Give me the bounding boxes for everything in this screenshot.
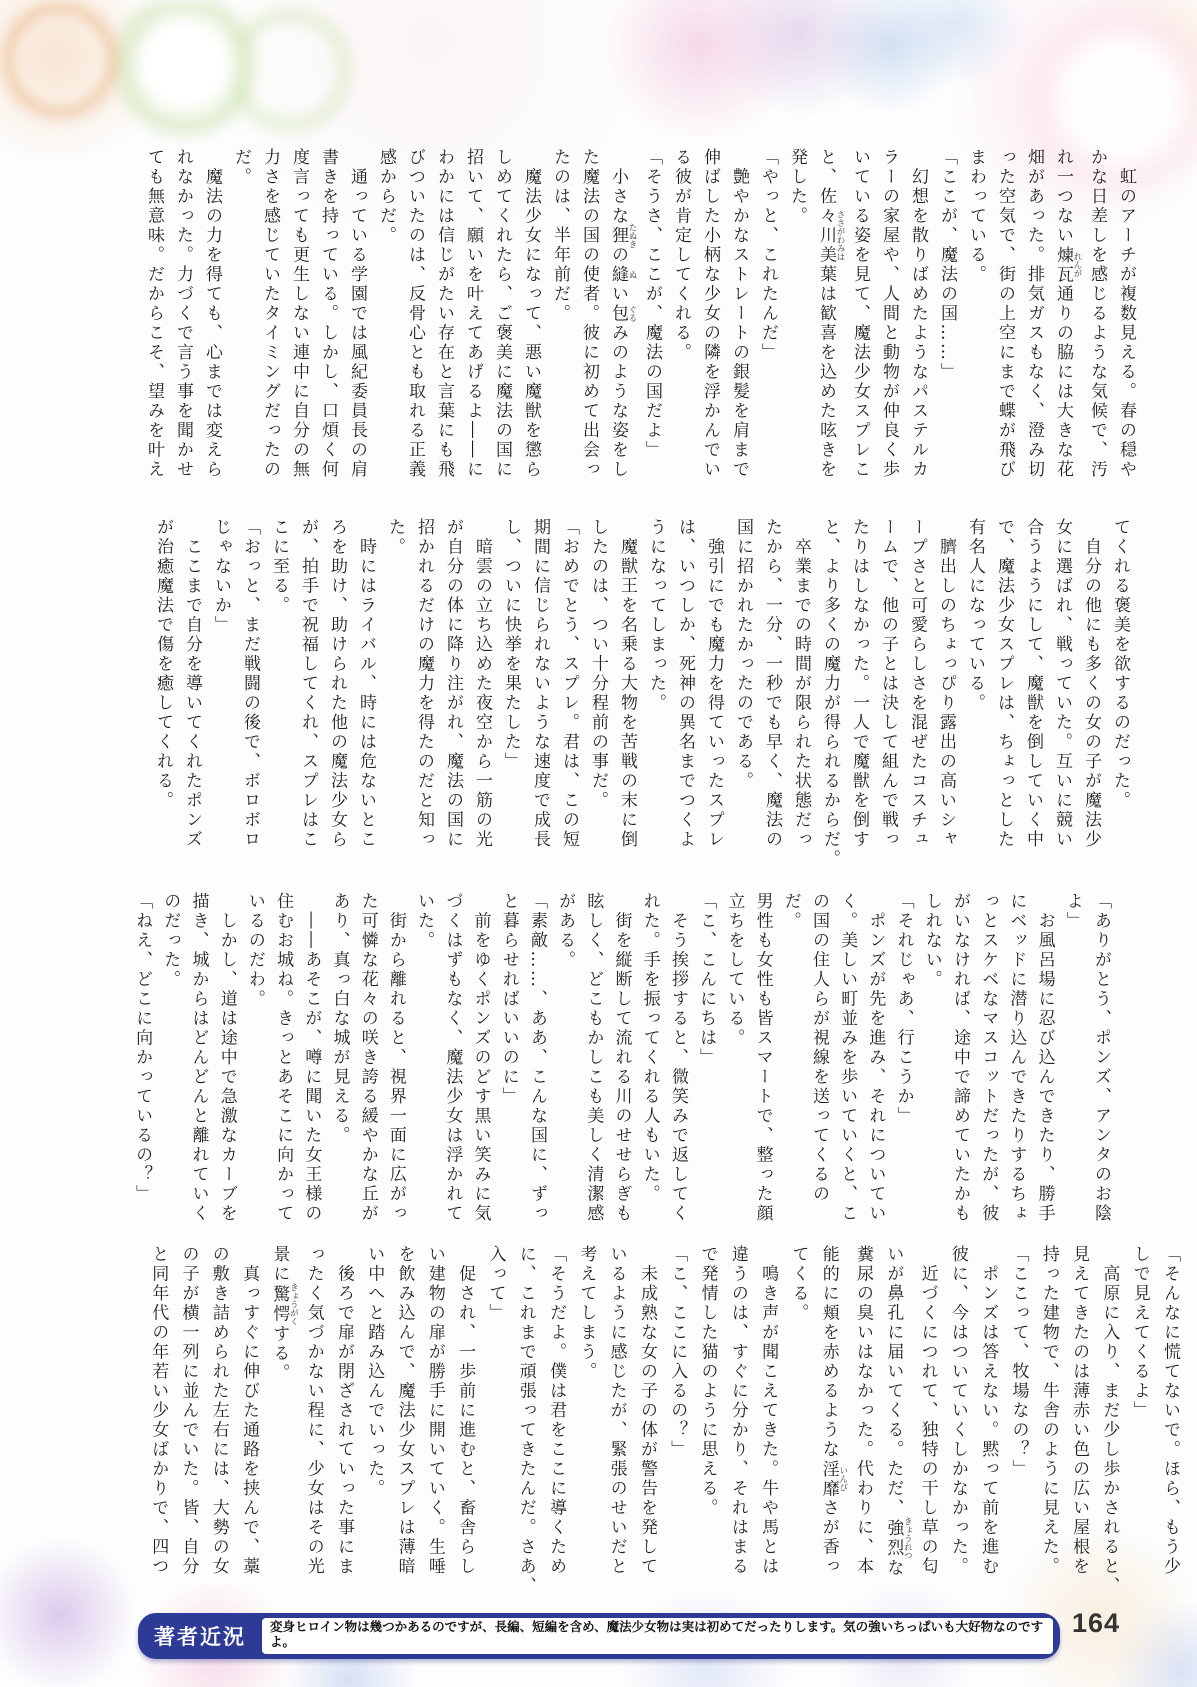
text-column: 「やっと、これたんだ」 [753, 148, 782, 500]
text-column: 招いて、願いを叶えてあげるよ――に [458, 148, 487, 500]
text-band-1: 虹のアーチが複数見える。春の穏やかな日差しを感じるような気候で、汚れ一つない煉瓦… [155, 148, 1140, 500]
text-column: 街を縦断して流れる川のせせらぎも [607, 892, 635, 1228]
text-column: たのは、半年前だ。 [545, 148, 574, 500]
text-column: ームで、他の子とは決して組んで戦っ [873, 518, 902, 870]
text-column: 街から離れると、視界一面に広がっ [382, 892, 410, 1228]
text-column: しれない。 [918, 892, 946, 1228]
text-column: 小さな狸たぬきの縫ぬい包ぐるみのような姿をし [603, 148, 637, 500]
text-column: 発した。 [782, 148, 811, 500]
text-column: 近づくにつれて、独特の干し草の匂 [912, 1245, 942, 1597]
text-band-3: 「ありがとう、ポンズ、アンタのお陰よ」 お風呂場に忍び込んできたり、勝手にベッド… [155, 892, 1115, 1228]
text-column: ――あそこが、噂に聞いた女王様の [297, 892, 325, 1228]
text-column: 通っている学園では風紀委員長の肩 [342, 148, 371, 500]
text-column: 「ありがとう、ポンズ、アンタのお陰 [1087, 892, 1115, 1228]
text-column: 前をゆくポンズのどす黒い笑みに気 [466, 892, 494, 1228]
text-column: 女に選ばれ、戦っていた。互いに競い [1047, 518, 1076, 870]
text-column: 住むお城ね。きっとあそこに向かって [269, 892, 297, 1228]
text-column: 入って」 [480, 1245, 510, 1597]
text-column: お風呂場に忍び込んできたり、勝手 [1030, 892, 1058, 1228]
text-column: 男性も女性も皆スマートで、整った顔 [748, 892, 776, 1228]
text-column: のだった。 [156, 892, 184, 1228]
text-column: ラーの家屋や、人間と動物が仲良く歩 [874, 148, 903, 500]
text-column: 畑があった。排気ガスもなく、澄み切 [1019, 148, 1048, 500]
text-column: い中へと踏み込んでいった。 [359, 1245, 389, 1597]
text-column: 「こ、こんにちは」 [692, 892, 720, 1228]
text-column: 魔法少女になって、悪い魔獣を懲ら [516, 148, 545, 500]
text-column: 国に招かれたかったのである。 [728, 518, 757, 870]
text-column: は、いつしか、死神の異名までつくよ [670, 518, 699, 870]
text-column: ここまで自分を導いてくれたポンズ [177, 518, 206, 870]
text-column: 高原に入り、まだ少し歩かされると、 [1094, 1245, 1124, 1597]
text-column: 「そんなに慌てないで。ほら、もう少 [1155, 1245, 1185, 1597]
text-column: れなかった。力づくで言う事を聞かせ [168, 148, 197, 500]
text-column: 有名人になっている。 [960, 518, 989, 870]
author-note-text: 変身ヒロイン物は幾つかあるのですが、長編、短編を含め、魔法少女物は実は初めてだっ… [270, 1620, 1045, 1650]
text-column: よ」 [1059, 892, 1087, 1228]
text-column: しかし、道は途中で急激なカーブを [213, 892, 241, 1228]
author-note-panel: 変身ヒロイン物は幾つかあるのですが、長編、短編を含め、魔法少女物は実は初めてだっ… [262, 1618, 1053, 1654]
text-column: し、ついに快挙を果たした」 [496, 518, 525, 870]
text-column: 糞尿の臭いはなかった。代わりに、本 [848, 1245, 878, 1597]
text-column: 感からだ。 [371, 148, 400, 500]
text-column: 「ねえ、どこに向かっているの？」 [128, 892, 156, 1228]
text-column: こに至る。 [264, 518, 293, 870]
text-column: びついたのは、反骨心とも取れる正義 [400, 148, 429, 500]
text-column: 期間に信じられないような速度で成長 [525, 518, 554, 870]
text-column: と、より多くの魔力が得られるからだ。 [815, 518, 844, 870]
text-column: いている姿を見て、魔法少女スプレこ [845, 148, 874, 500]
text-column: うになってしまった。 [641, 518, 670, 870]
text-column: 時にはライバル、時には危ないとこ [351, 518, 380, 870]
text-column: っとスケベなマスコットだったが、彼 [974, 892, 1002, 1228]
text-column: 強引にでも魔力を得ていったスプレ [699, 518, 728, 870]
text-band-4: 「そんなに慌てないで。ほら、もう少しで見えてくるよ」 高原に入り、まだ少し歩かさ… [155, 1245, 1185, 1597]
text-column: の子が横一列に並んでいた。皆、自分 [173, 1245, 203, 1597]
text-column: 促され、一歩前に進むと、畜舎らし [450, 1245, 480, 1597]
text-column: 「こ、ここに入るの？」 [662, 1245, 692, 1597]
text-column: れた。手を振ってくれる人もいた。 [636, 892, 664, 1228]
text-column: 臍出しのちょっぴり露出の高いシャ [931, 518, 960, 870]
text-column: 彼に、今はついていくしかなかった。 [943, 1245, 973, 1597]
text-column: の国の住人らが視線を送ってくるのだ。 [777, 892, 833, 1228]
text-column: 虹のアーチが複数見える。春の穏や [1111, 148, 1140, 500]
text-column: 未成熟な女の子の体が警告を発して [632, 1245, 662, 1597]
text-column: の敷き詰められた左右には、大勢の女 [204, 1245, 234, 1597]
text-column: まわっている。 [961, 148, 990, 500]
text-column: いるのだわ。 [241, 892, 269, 1228]
text-column: 後ろで扉が閉ざされていった事にま [329, 1245, 359, 1597]
text-column: 立ちをしている。 [720, 892, 748, 1228]
text-column: 度言っても更生しない連中に自分の無 [284, 148, 313, 500]
text-column: がある。 [551, 892, 579, 1228]
author-note-badge: 著者近況 [138, 1613, 262, 1659]
text-column: 幻想を散りばめたようなパステルカ [903, 148, 932, 500]
text-column: 「ここって、牧場なの？」 [1003, 1245, 1033, 1597]
text-column: てくる。 [783, 1245, 813, 1597]
text-column: 伸ばした小柄な少女の隣を浮かんでい [695, 148, 724, 500]
text-column: で発情した猫のように思える。 [692, 1245, 722, 1597]
text-column: たりはしなかった。一人で魔獣を倒す [844, 518, 873, 870]
text-column: あり、真っ白な城が見える。 [325, 892, 353, 1228]
text-column: 卒業までの時間が限られた状態だっ [786, 518, 815, 870]
novel-page: 虹のアーチが複数見える。春の穏やかな日差しを感じるような気候で、汚れ一つない煉瓦… [0, 0, 1197, 1687]
text-column: 「そうさ、ここが、魔法の国だよ」 [637, 148, 666, 500]
text-column: く。美しい町並みを歩いていくと、こ [833, 892, 861, 1228]
author-note-box: 著者近況 変身ヒロイン物は幾つかあるのですが、長編、短編を含め、魔法少女物は実は… [138, 1613, 1060, 1659]
text-column: づくはずもなく、魔法少女は浮かれて [438, 892, 466, 1228]
text-column: いが鼻孔に届いてくる。ただ、強烈きょうれつな [878, 1245, 912, 1597]
text-column: 合うようにして、魔獣を倒していく中 [1018, 518, 1047, 870]
text-column: 自分の他にも多くの女の子が魔法少 [1076, 518, 1105, 870]
text-column: れ一つない煉瓦れんが通りの脇には大きな花 [1048, 148, 1082, 500]
text-band-2: てくれる褒美を欲するのだった。 自分の他にも多くの女の子が魔法少女に選ばれ、戦っ… [149, 518, 1134, 870]
text-column: った空気で、街の上空にまで蝶が飛び [990, 148, 1019, 500]
text-column: そう挨拶すると、微笑みで返してく [664, 892, 692, 1228]
text-column: 描き、城からはどんどんと離れていく [184, 892, 212, 1228]
text-column: る彼が肯定してくれる。 [666, 148, 695, 500]
text-column: じゃないか」 [206, 518, 235, 870]
text-column: 書きを持っている。しかし、口煩く何 [313, 148, 342, 500]
text-column: 「おっと、まだ戦闘の後で、ボロボロ [235, 518, 264, 870]
text-column: 力さを感じていたタイミングだったの [255, 148, 284, 500]
text-column: 艶やかなストレートの銀髪を肩まで [724, 148, 753, 500]
text-column: がいなければ、途中で諦めていたかも [946, 892, 974, 1228]
text-column: が自分の体に降り注がれ、魔法の国に [438, 518, 467, 870]
text-column: た可憐な花々の咲き誇る緩やかな丘が [354, 892, 382, 1228]
text-column: てくれる褒美を欲するのだった。 [1105, 518, 1134, 870]
text-column: いるように感じたが、緊張のせいだと [601, 1245, 631, 1597]
text-column: しめてくれたら、ご褒美に魔法の国に [487, 148, 516, 500]
page-number: 164 [1072, 1608, 1120, 1639]
text-column: 眩しく、どこもかしこも美しく清潔感 [579, 892, 607, 1228]
text-column: と暮らせればいいのに」 [495, 892, 523, 1228]
text-column: が、拍手で祝福してくれ、スプレはこ [293, 518, 322, 870]
text-column: 「それじゃあ、行こうか」 [889, 892, 917, 1228]
text-column: ったく気づかない程に、少女はその光 [298, 1245, 328, 1597]
text-column: したのは、つい十分程前の事だ。 [583, 518, 612, 870]
text-column: ろを助け、助けられた他の魔法少女ら [322, 518, 351, 870]
text-column: 「そうだよ。僕は君をここに導くため [541, 1245, 571, 1597]
text-column: わかには信じがたい存在と言葉にも飛 [429, 148, 458, 500]
text-column: 魔法の力を得ても、心までは変えら [197, 148, 226, 500]
text-column: た魔法の国の使者。彼に初めて出会っ [574, 148, 603, 500]
text-column: と、佐々川美葉ささがわみはは歓喜を込めた呟きを [811, 148, 845, 500]
text-column: ポンズが先を進み、それについてい [861, 892, 889, 1228]
text-column: しで見えてくるよ」 [1124, 1245, 1154, 1597]
text-column: 「おめでとう、スプレ。君は、この短 [554, 518, 583, 870]
text-column: ても無意味。だからこそ、望みを叶え [139, 148, 168, 500]
text-column: かな日差しを感じるような気候で、汚 [1082, 148, 1111, 500]
text-column: が治癒魔法で傷を癒してくれる。 [148, 518, 177, 870]
text-column: 「ここが、魔法の国……」 [932, 148, 961, 500]
text-column: 考えてしまう。 [571, 1245, 601, 1597]
text-column: にベッドに潜り込んできたりするちょ [1002, 892, 1030, 1228]
text-column: 能的に頬を赤めるような淫靡いんびさが香っ [813, 1245, 847, 1597]
text-column: と同年代の年若い少女ばかりで、四つ [143, 1245, 173, 1597]
text-column: 真っすぐに伸びた通路を挟んで、藁 [234, 1245, 264, 1597]
text-column: た。 [380, 518, 409, 870]
text-column: いた。 [410, 892, 438, 1228]
text-column: に、これまで頑張ってきたんだ。さあ、 [510, 1245, 540, 1597]
text-column: 景に驚愕きょうがくする。 [264, 1245, 298, 1597]
text-column: で、魔法少女スプレは、ちょっとした [989, 518, 1018, 870]
text-column: 見えてきたのは薄赤い色の広い屋根を [1064, 1245, 1094, 1597]
text-column: 持った建物で、牛舎のように見えた。 [1034, 1245, 1064, 1597]
text-column: ポンズは答えない。黙って前を進む [973, 1245, 1003, 1597]
text-column: 招かれるだけの魔力を得たのだと知っ [409, 518, 438, 870]
text-column: だ。 [226, 148, 255, 500]
text-column: 魔獣王を名乗る大物を苦戦の末に倒 [612, 518, 641, 870]
text-column: い建物の扉が勝手に開いていく。生唾 [420, 1245, 450, 1597]
text-column: 暗雲の立ち込めた夜空から一筋の光 [467, 518, 496, 870]
text-column: たから、一分、一秒でも早く、魔法の [757, 518, 786, 870]
text-column: を飲み込んで、魔法少女スプレは薄暗 [389, 1245, 419, 1597]
text-column: ープさと可愛らしさを混ぜたコスチュ [902, 518, 931, 870]
text-column: 違うのは、すぐに分かり、それはまる [723, 1245, 753, 1597]
text-column: 「素敵……、ああ、こんな国に、ずっ [523, 892, 551, 1228]
text-column: 鳴き声が聞こえてきた。牛や馬とは [753, 1245, 783, 1597]
